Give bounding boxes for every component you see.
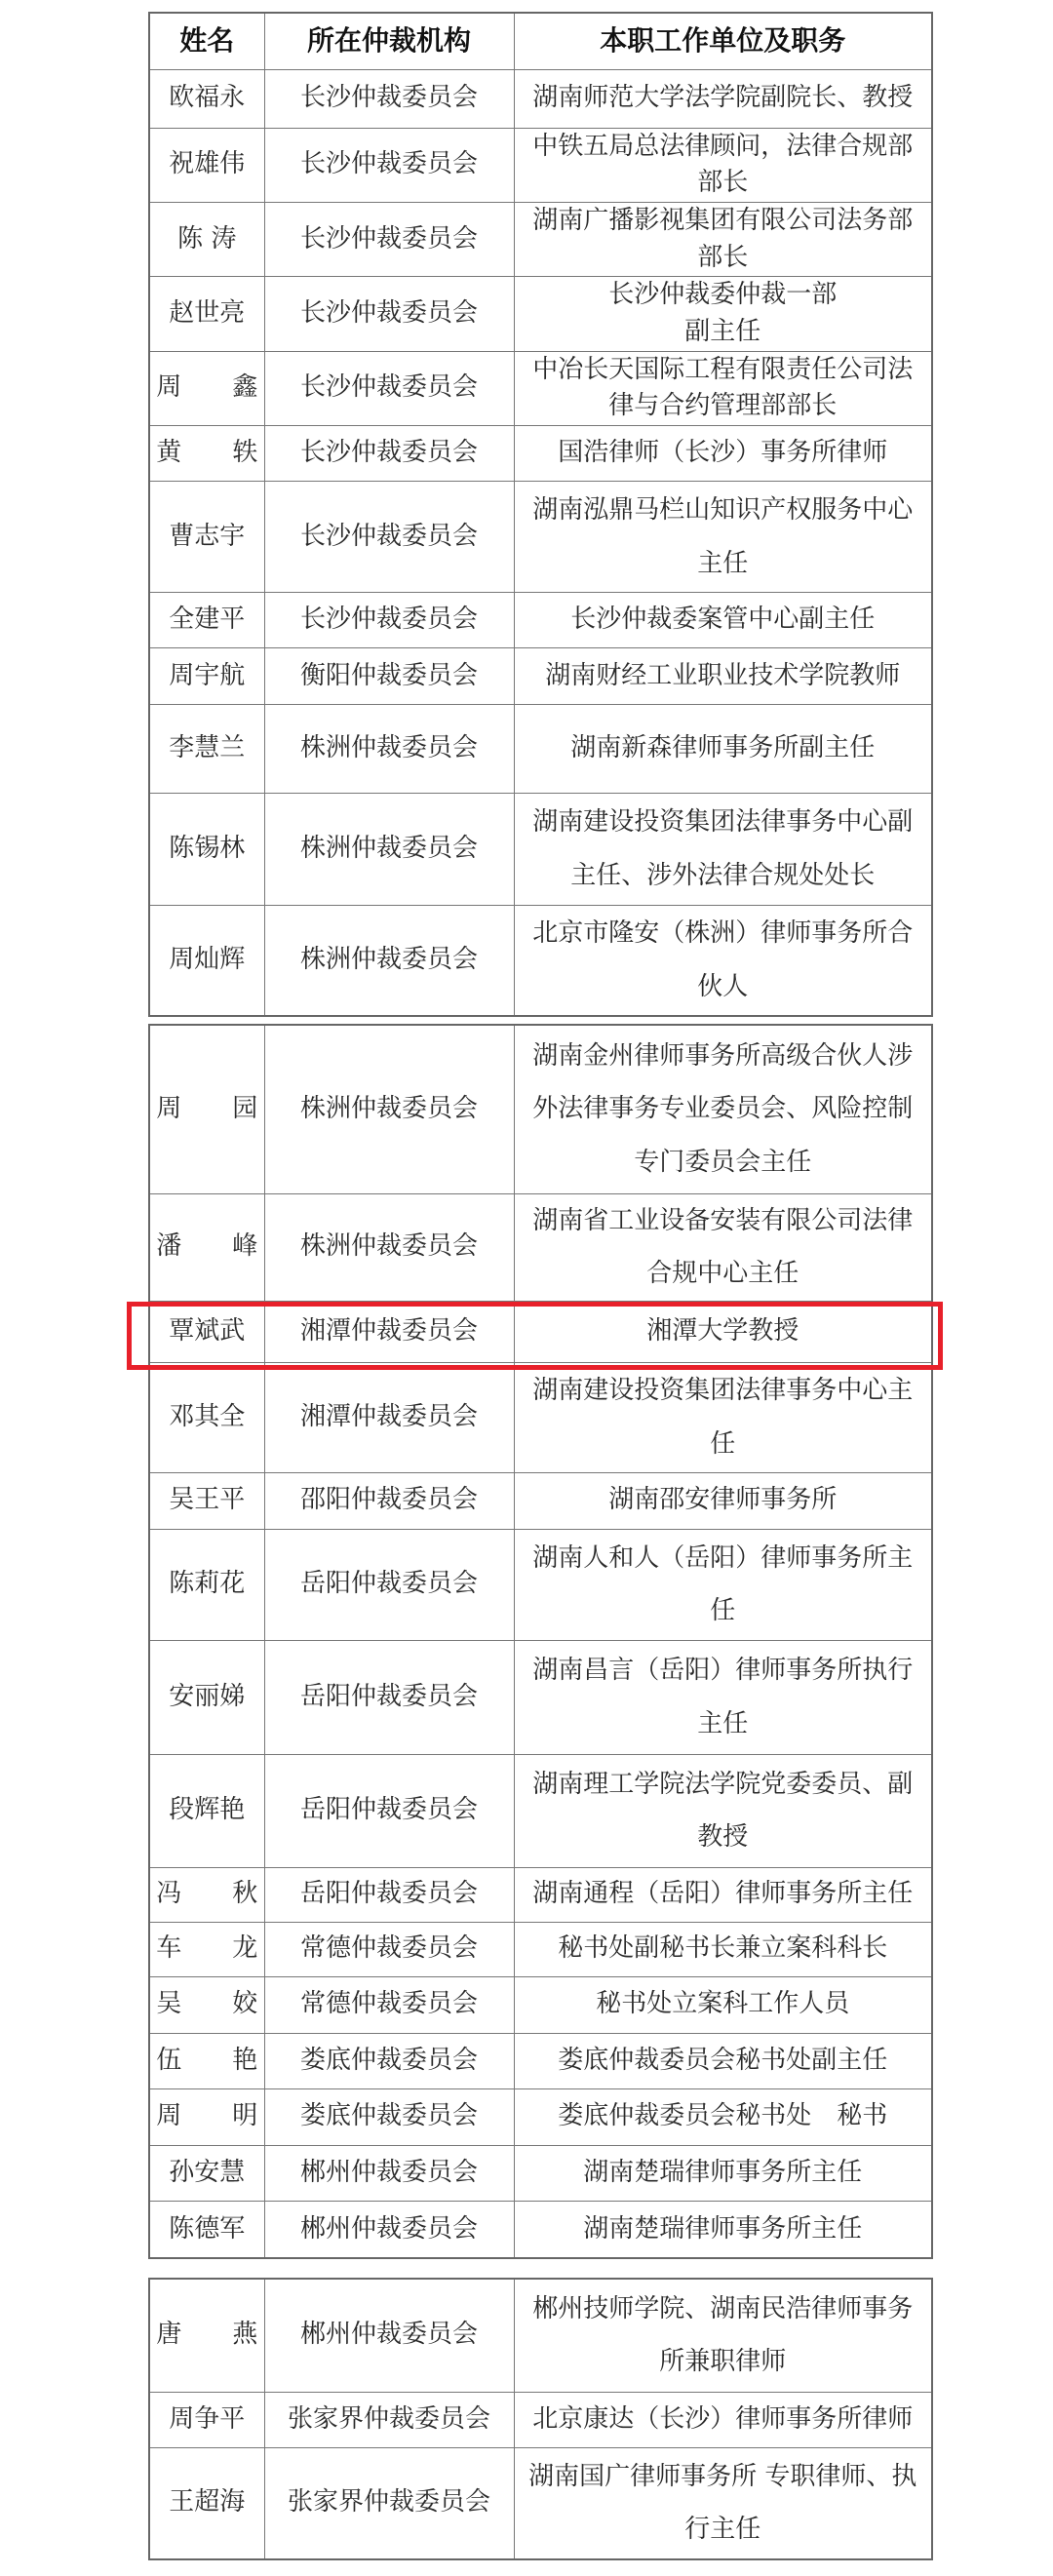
cell-job: 湖南国广律师事务所 专职律师、执行主任: [514, 2447, 932, 2559]
cell-name: 陈 涛: [149, 202, 264, 276]
cell-name: 王超海: [149, 2447, 264, 2559]
cell-institution: 常德仲裁委员会: [264, 1922, 514, 1976]
cell-institution: 邵阳仲裁委员会: [264, 1472, 514, 1529]
cell-institution: 常德仲裁委员会: [264, 1976, 514, 2033]
cell-name: 周 明: [149, 2088, 264, 2145]
table-row: 吴王平邵阳仲裁委员会湖南邵安律师事务所: [149, 1472, 932, 1529]
cell-name: 周宇航: [149, 648, 264, 705]
cell-job: 湖南楚瑞律师事务所主任: [514, 2201, 932, 2258]
table-row: 唐 燕郴州仲裁委员会郴州技师学院、湖南民浩律师事务所兼职律师: [149, 2279, 932, 2392]
cell-job: 秘书处副秘书长兼立案科科长: [514, 1922, 932, 1976]
cell-job: 郴州技师学院、湖南民浩律师事务所兼职律师: [514, 2279, 932, 2392]
cell-institution: 娄底仲裁委员会: [264, 2088, 514, 2145]
cell-job: 湖南泓鼎马栏山知识产权服务中心主任: [514, 482, 932, 593]
cell-job: 湖南建设投资集团法律事务中心副主任、涉外法律合规处处长: [514, 794, 932, 906]
cell-job: 湖南昌言（岳阳）律师事务所执行主任: [514, 1640, 932, 1754]
cell-job: 北京市隆安（株洲）律师事务所合伙人: [514, 906, 932, 1016]
table-row: 黄 轶长沙仲裁委员会国浩律师（长沙）事务所律师: [149, 426, 932, 482]
cell-job: 湖南理工学院法学院党委委员、副教授: [514, 1754, 932, 1867]
cell-name: 周 园: [149, 1025, 264, 1193]
cell-name: 唐 燕: [149, 2279, 264, 2392]
table-row: 欧福永长沙仲裁委员会湖南师范大学法学院副院长、教授: [149, 69, 932, 128]
table-row: 全建平长沙仲裁委员会长沙仲裁委案管中心副主任: [149, 593, 932, 648]
cell-institution: 株洲仲裁委员会: [264, 705, 514, 794]
header-institution: 所在仲裁机构: [264, 13, 514, 69]
cell-name: 吴王平: [149, 1472, 264, 1529]
table-row: 李慧兰株洲仲裁委员会湖南新森律师事务所副主任: [149, 705, 932, 794]
table-row: 周争平张家界仲裁委员会北京康达（长沙）律师事务所律师: [149, 2392, 932, 2447]
cell-job: 长沙仲裁委案管中心副主任: [514, 593, 932, 648]
cell-institution: 张家界仲裁委员会: [264, 2392, 514, 2447]
cell-name: 冯 秋: [149, 1867, 264, 1922]
roster-table-1: 姓名所在仲裁机构本职工作单位及职务欧福永长沙仲裁委员会湖南师范大学法学院副院长、…: [148, 12, 933, 1017]
table-header-row: 姓名所在仲裁机构本职工作单位及职务: [149, 13, 932, 69]
cell-institution: 岳阳仲裁委员会: [264, 1640, 514, 1754]
cell-name: 伍 艳: [149, 2033, 264, 2088]
cell-institution: 株洲仲裁委员会: [264, 1025, 514, 1193]
cell-institution: 岳阳仲裁委员会: [264, 1867, 514, 1922]
table-row: 安丽娣岳阳仲裁委员会湖南昌言（岳阳）律师事务所执行主任: [149, 1640, 932, 1754]
cell-name: 覃斌武: [149, 1301, 264, 1362]
cell-institution: 长沙仲裁委员会: [264, 351, 514, 425]
cell-institution: 张家界仲裁委员会: [264, 2447, 514, 2559]
cell-job: 中铁五局总法律顾问，法律合规部部长: [514, 128, 932, 202]
header-job: 本职工作单位及职务: [514, 13, 932, 69]
cell-institution: 株洲仲裁委员会: [264, 906, 514, 1016]
table-row: 赵世亮长沙仲裁委员会长沙仲裁委仲裁一部 副主任: [149, 277, 932, 351]
cell-institution: 长沙仲裁委员会: [264, 202, 514, 276]
cell-name: 全建平: [149, 593, 264, 648]
cell-job: 北京康达（长沙）律师事务所律师: [514, 2392, 932, 2447]
cell-name: 陈莉花: [149, 1529, 264, 1640]
roster-table-3: 唐 燕郴州仲裁委员会郴州技师学院、湖南民浩律师事务所兼职律师周争平张家界仲裁委员…: [148, 2278, 933, 2560]
cell-job: 湖南省工业设备安装有限公司法律合规中心主任: [514, 1193, 932, 1301]
cell-name: 周争平: [149, 2392, 264, 2447]
cell-job: 长沙仲裁委仲裁一部 副主任: [514, 277, 932, 351]
cell-job: 娄底仲裁委员会秘书处 秘书: [514, 2088, 932, 2145]
cell-name: 黄 轶: [149, 426, 264, 482]
cell-institution: 长沙仲裁委员会: [264, 277, 514, 351]
cell-institution: 娄底仲裁委员会: [264, 2033, 514, 2088]
cell-institution: 株洲仲裁委员会: [264, 794, 514, 906]
cell-name: 曹志宇: [149, 482, 264, 593]
cell-name: 李慧兰: [149, 705, 264, 794]
cell-institution: 长沙仲裁委员会: [264, 593, 514, 648]
cell-institution: 郴州仲裁委员会: [264, 2201, 514, 2258]
table-row: 段辉艳岳阳仲裁委员会湖南理工学院法学院党委委员、副教授: [149, 1754, 932, 1867]
cell-name: 祝雄伟: [149, 128, 264, 202]
table-row: 周灿辉株洲仲裁委员会北京市隆安（株洲）律师事务所合伙人: [149, 906, 932, 1016]
cell-job: 湖南邵安律师事务所: [514, 1472, 932, 1529]
cell-name: 周 鑫: [149, 351, 264, 425]
table-row: 冯 秋岳阳仲裁委员会湖南通程（岳阳）律师事务所主任: [149, 1867, 932, 1922]
cell-institution: 湘潭仲裁委员会: [264, 1362, 514, 1472]
header-name: 姓名: [149, 13, 264, 69]
cell-institution: 长沙仲裁委员会: [264, 69, 514, 128]
table-row: 周 鑫长沙仲裁委员会中冶长天国际工程有限责任公司法律与合约管理部部长: [149, 351, 932, 425]
cell-job: 中冶长天国际工程有限责任公司法律与合约管理部部长: [514, 351, 932, 425]
cell-institution: 郴州仲裁委员会: [264, 2279, 514, 2392]
cell-job: 秘书处立案科工作人员: [514, 1976, 932, 2033]
cell-job: 湘潭大学教授: [514, 1301, 932, 1362]
cell-name: 段辉艳: [149, 1754, 264, 1867]
table-row: 孙安慧郴州仲裁委员会湖南楚瑞律师事务所主任: [149, 2145, 932, 2201]
table-row: 祝雄伟长沙仲裁委员会中铁五局总法律顾问，法律合规部部长: [149, 128, 932, 202]
table-row: 车 龙常德仲裁委员会秘书处副秘书长兼立案科科长: [149, 1922, 932, 1976]
table-row: 陈德军郴州仲裁委员会湖南楚瑞律师事务所主任: [149, 2201, 932, 2258]
cell-institution: 长沙仲裁委员会: [264, 426, 514, 482]
table-row: 吴 姣常德仲裁委员会秘书处立案科工作人员: [149, 1976, 932, 2033]
cell-job: 湖南新森律师事务所副主任: [514, 705, 932, 794]
cell-institution: 长沙仲裁委员会: [264, 482, 514, 593]
cell-name: 潘 峰: [149, 1193, 264, 1301]
table-row: 曹志宇长沙仲裁委员会湖南泓鼎马栏山知识产权服务中心主任: [149, 482, 932, 593]
cell-institution: 株洲仲裁委员会: [264, 1193, 514, 1301]
cell-job: 娄底仲裁委员会秘书处副主任: [514, 2033, 932, 2088]
cell-institution: 岳阳仲裁委员会: [264, 1529, 514, 1640]
cell-name: 陈德军: [149, 2201, 264, 2258]
table-row: 潘 峰株洲仲裁委员会湖南省工业设备安装有限公司法律合规中心主任: [149, 1193, 932, 1301]
cell-job: 湖南建设投资集团法律事务中心主任: [514, 1362, 932, 1472]
cell-job: 湖南财经工业职业技术学院教师: [514, 648, 932, 705]
cell-institution: 郴州仲裁委员会: [264, 2145, 514, 2201]
table-row-highlighted: 覃斌武湘潭仲裁委员会湘潭大学教授: [149, 1301, 932, 1362]
cell-name: 邓其全: [149, 1362, 264, 1472]
cell-job: 湖南广播影视集团有限公司法务部部长: [514, 202, 932, 276]
cell-job: 湖南人和人（岳阳）律师事务所主任: [514, 1529, 932, 1640]
cell-job: 湖南通程（岳阳）律师事务所主任: [514, 1867, 932, 1922]
cell-job: 湖南楚瑞律师事务所主任: [514, 2145, 932, 2201]
table-row: 王超海张家界仲裁委员会湖南国广律师事务所 专职律师、执行主任: [149, 2447, 932, 2559]
cell-name: 欧福永: [149, 69, 264, 128]
cell-name: 吴 姣: [149, 1976, 264, 2033]
cell-name: 周灿辉: [149, 906, 264, 1016]
table-row: 周宇航衡阳仲裁委员会湖南财经工业职业技术学院教师: [149, 648, 932, 705]
cell-name: 安丽娣: [149, 1640, 264, 1754]
cell-institution: 岳阳仲裁委员会: [264, 1754, 514, 1867]
cell-name: 孙安慧: [149, 2145, 264, 2201]
cell-institution: 长沙仲裁委员会: [264, 128, 514, 202]
table-row: 陈莉花岳阳仲裁委员会湖南人和人（岳阳）律师事务所主任: [149, 1529, 932, 1640]
table-row: 陈 涛长沙仲裁委员会湖南广播影视集团有限公司法务部部长: [149, 202, 932, 276]
cell-institution: 湘潭仲裁委员会: [264, 1301, 514, 1362]
cell-name: 赵世亮: [149, 277, 264, 351]
cell-name: 陈锡林: [149, 794, 264, 906]
cell-job: 湖南师范大学法学院副院长、教授: [514, 69, 932, 128]
cell-institution: 衡阳仲裁委员会: [264, 648, 514, 705]
cell-job: 湖南金州律师事务所高级合伙人涉外法律事务专业委员会、风险控制专门委员会主任: [514, 1025, 932, 1193]
cell-name: 车 龙: [149, 1922, 264, 1976]
table-row: 邓其全湘潭仲裁委员会湖南建设投资集团法律事务中心主任: [149, 1362, 932, 1472]
table-row: 周 明娄底仲裁委员会娄底仲裁委员会秘书处 秘书: [149, 2088, 932, 2145]
table-row: 伍 艳娄底仲裁委员会娄底仲裁委员会秘书处副主任: [149, 2033, 932, 2088]
cell-job: 国浩律师（长沙）事务所律师: [514, 426, 932, 482]
roster-table-2: 周 园株洲仲裁委员会湖南金州律师事务所高级合伙人涉外法律事务专业委员会、风险控制…: [148, 1024, 933, 2259]
table-row: 陈锡林株洲仲裁委员会湖南建设投资集团法律事务中心副主任、涉外法律合规处处长: [149, 794, 932, 906]
table-row: 周 园株洲仲裁委员会湖南金州律师事务所高级合伙人涉外法律事务专业委员会、风险控制…: [149, 1025, 932, 1193]
